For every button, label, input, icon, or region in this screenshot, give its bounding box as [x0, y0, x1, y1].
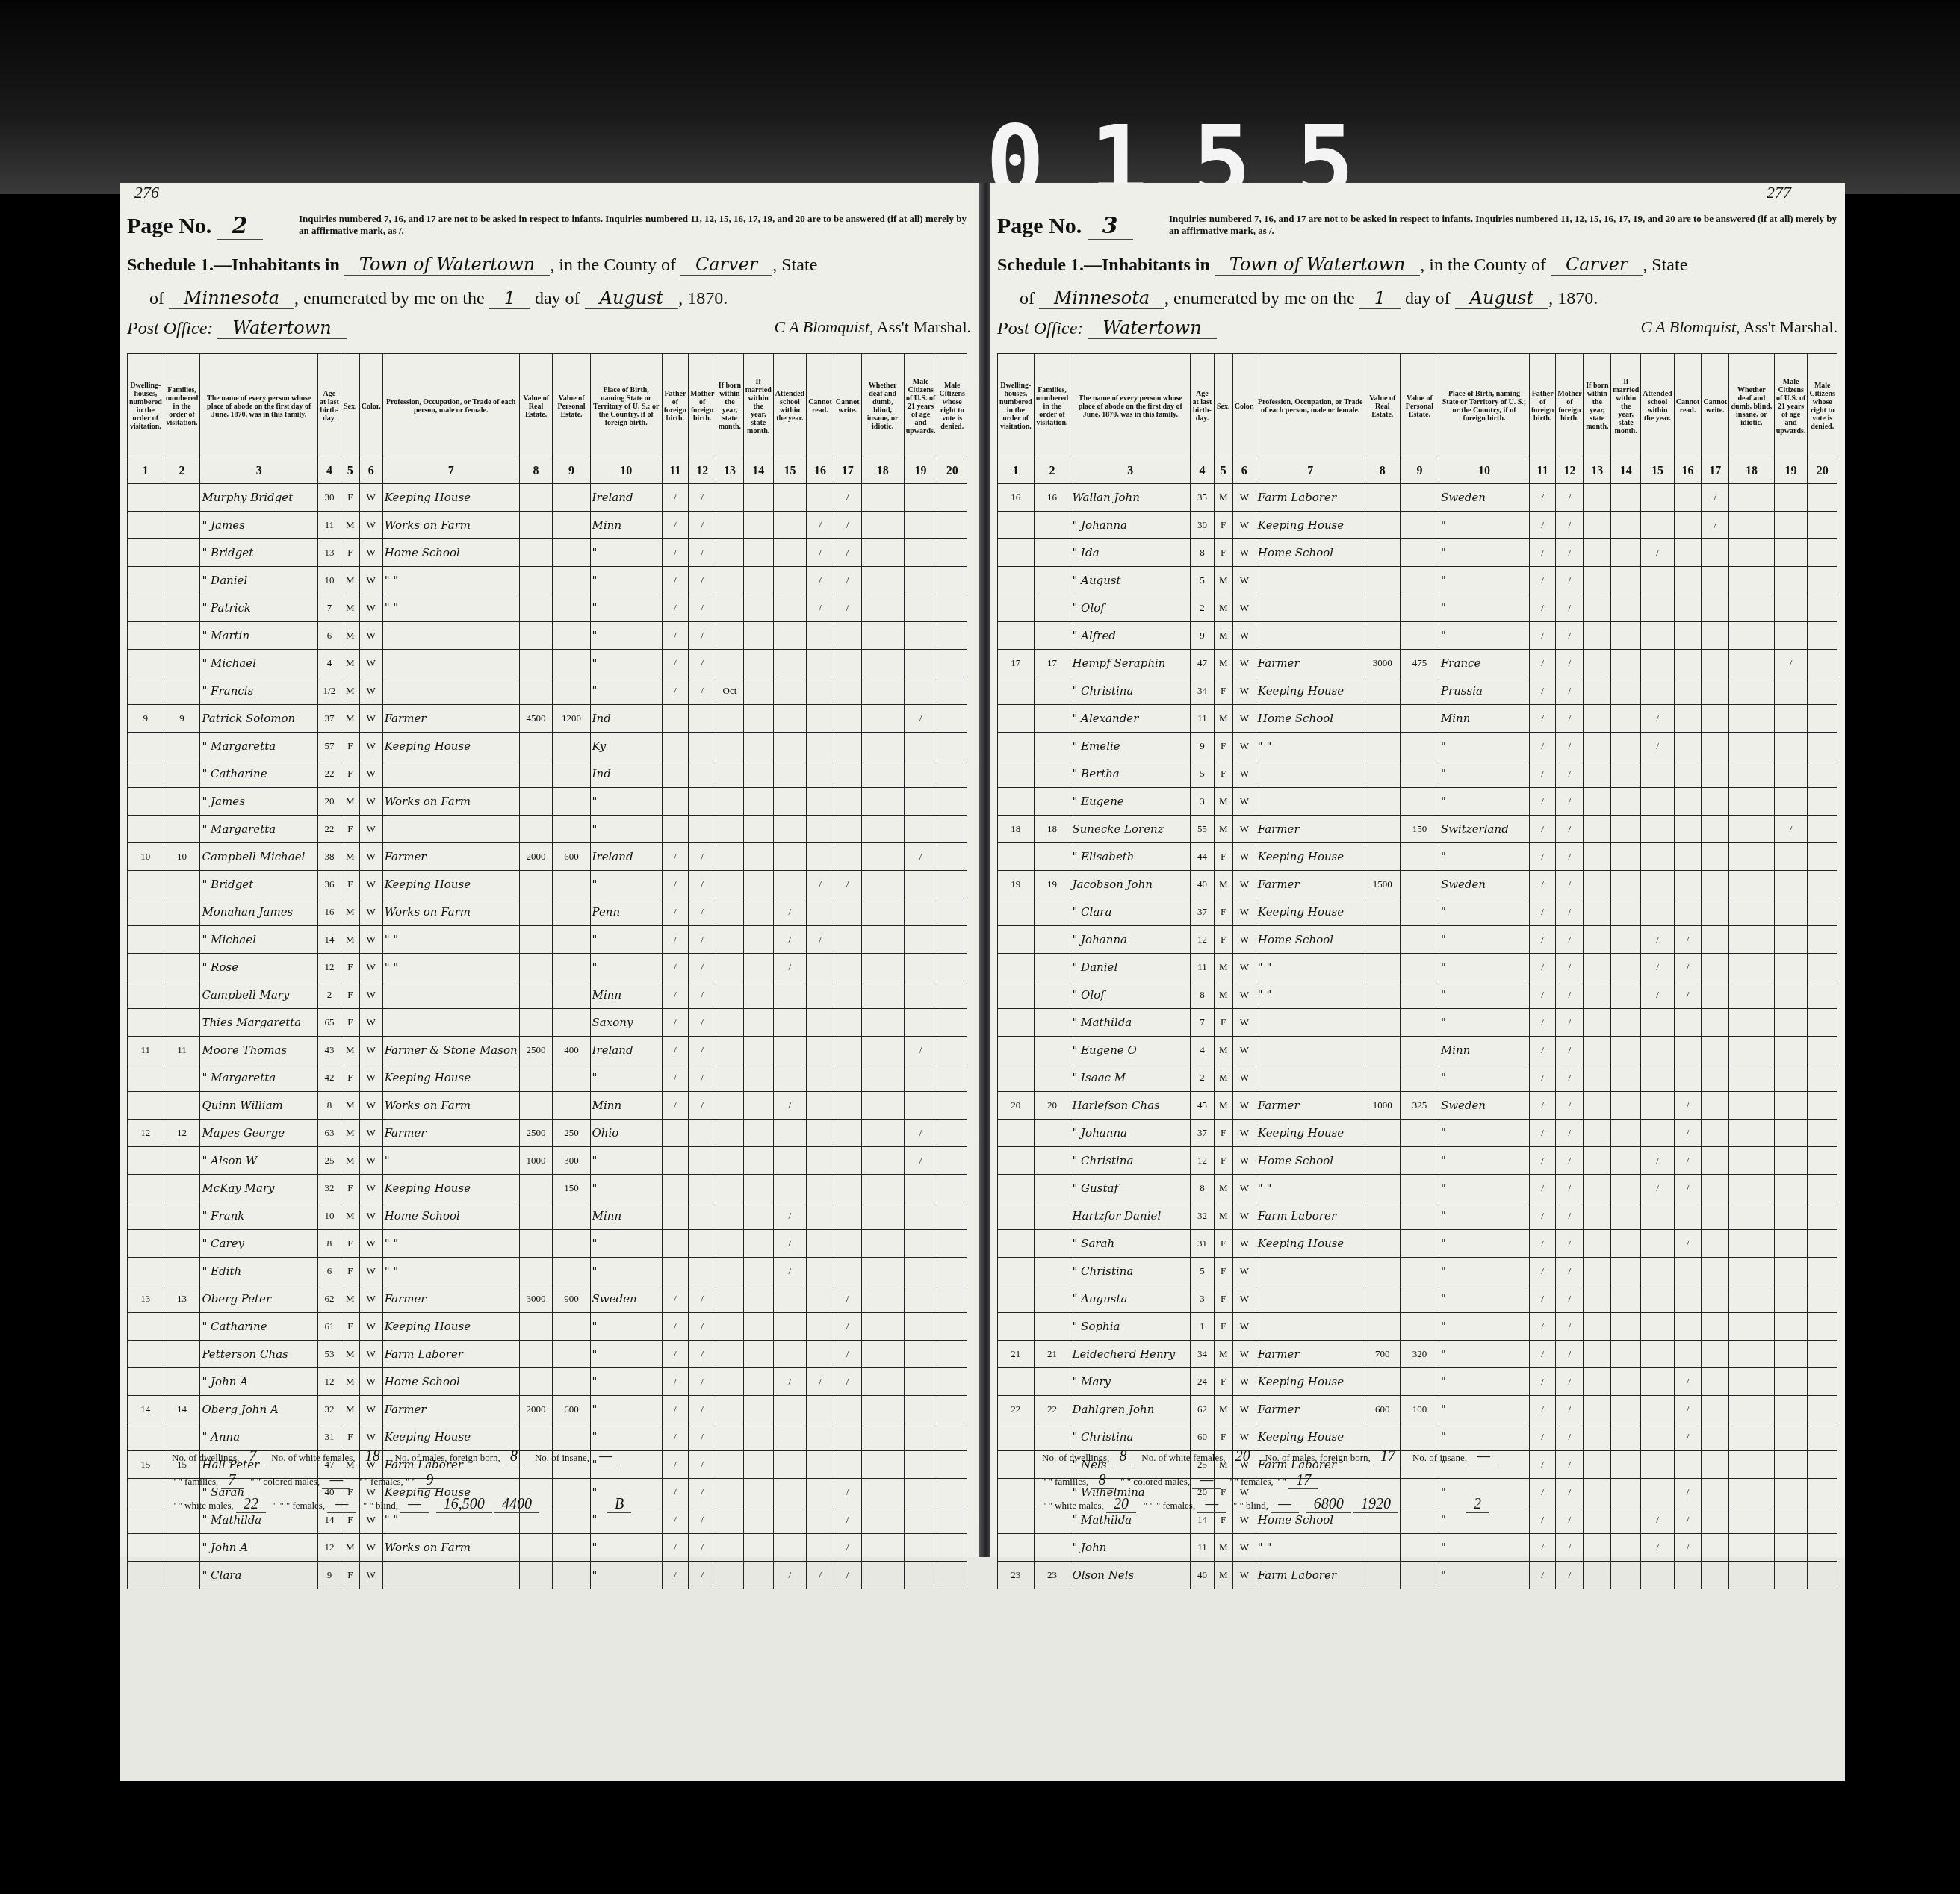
cell-c13	[1584, 788, 1611, 816]
cell-c12: /	[689, 898, 716, 926]
cell-place: Ireland	[590, 843, 662, 871]
cell-c19: /	[904, 705, 937, 733]
cell-sex: M	[1214, 650, 1232, 677]
cell-fam	[1034, 1064, 1070, 1092]
cell-c19	[904, 1562, 937, 1589]
summary-label: " " blind,	[1233, 1500, 1268, 1511]
cell-pe: 250	[553, 1120, 590, 1147]
cell-fam: 18	[1034, 816, 1070, 843]
cell-c16	[807, 898, 834, 926]
cell-c19	[1774, 705, 1808, 733]
cell-c15: /	[1641, 539, 1674, 567]
cell-c12: /	[1556, 788, 1584, 816]
cell-fam	[1034, 1009, 1070, 1037]
page-summary: No. of dwellings, 7 No. of white females…	[172, 1445, 631, 1517]
cell-occ: Keeping House	[1256, 898, 1365, 926]
cell-sex: M	[1214, 981, 1232, 1009]
cell-pe	[1400, 1202, 1439, 1230]
cell-c13	[1584, 622, 1611, 650]
cell-c14	[1611, 567, 1641, 594]
cell-fam	[1034, 733, 1070, 760]
cell-c17	[834, 1175, 861, 1202]
cell-name: " Elisabeth	[1070, 843, 1191, 871]
cell-c18	[1729, 1147, 1775, 1175]
cell-c17	[1702, 1368, 1729, 1396]
cell-sex: M	[1214, 788, 1232, 816]
cell-c13	[716, 650, 744, 677]
cell-pe	[1400, 1230, 1439, 1258]
cell-age: 22	[317, 760, 341, 788]
cell-c13	[1584, 1368, 1611, 1396]
cell-occ	[1256, 1064, 1365, 1092]
cell-c13	[1584, 1313, 1611, 1341]
cell-c15	[1641, 1202, 1674, 1230]
cell-c17	[834, 1064, 861, 1092]
cell-c14	[1611, 871, 1641, 898]
cell-place: "	[590, 1562, 662, 1589]
cell-re	[1365, 1313, 1400, 1341]
cell-sex: M	[1214, 871, 1232, 898]
cell-c20	[937, 1120, 967, 1147]
cell-occ: Farm Laborer	[1256, 1562, 1365, 1589]
cell-occ: Home School	[1256, 1147, 1365, 1175]
cell-c18	[1729, 1037, 1775, 1064]
cell-c20	[1808, 1423, 1837, 1451]
cell-place: Minn	[590, 1202, 662, 1230]
cell-dw	[128, 954, 164, 981]
summary-label: " " females, " "	[358, 1476, 416, 1487]
cell-c12	[689, 1202, 716, 1230]
cell-c20	[1808, 1092, 1837, 1120]
cell-c17: /	[834, 539, 861, 567]
cell-occ: Farmer	[382, 843, 519, 871]
cell-name: " Ida	[1070, 539, 1191, 567]
cell-age: 6	[317, 622, 341, 650]
cell-c14	[743, 1202, 773, 1230]
cell-dw: 10	[128, 843, 164, 871]
cell-re: 1000	[519, 1147, 553, 1175]
cell-fam	[164, 733, 200, 760]
cell-sex: F	[1214, 512, 1232, 539]
cell-fam	[164, 1202, 200, 1230]
cell-pe	[1400, 567, 1439, 594]
cell-c20	[1808, 816, 1837, 843]
cell-c12: /	[1556, 677, 1584, 705]
cell-c20	[1808, 788, 1837, 816]
cell-c16	[807, 622, 834, 650]
cell-c12	[689, 1230, 716, 1258]
cell-c14	[1611, 1147, 1641, 1175]
cell-sex: F	[1214, 1313, 1232, 1341]
cell-c13	[716, 1534, 744, 1562]
column-number: 3	[1070, 459, 1191, 484]
cell-c20	[1808, 1147, 1837, 1175]
header-c3: The name of every person whose place of …	[200, 354, 317, 459]
cell-place: Ky	[590, 733, 662, 760]
cell-c20	[1808, 594, 1837, 622]
cell-occ: Keeping House	[382, 1313, 519, 1341]
cell-sex: F	[341, 1230, 359, 1258]
cell-name: " Eugene	[1070, 788, 1191, 816]
cell-sex: F	[1214, 1147, 1232, 1175]
cell-c20	[1808, 871, 1837, 898]
cell-color: W	[359, 981, 382, 1009]
cell-fam	[164, 760, 200, 788]
cell-c15	[773, 1341, 806, 1368]
header-c5: Sex.	[341, 354, 359, 459]
cell-age: 8	[1191, 1175, 1214, 1202]
cell-c19	[1774, 1313, 1808, 1341]
column-number: 12	[689, 459, 716, 484]
cell-fam	[164, 484, 200, 512]
cell-color: W	[1232, 1285, 1256, 1313]
cell-c18	[861, 594, 904, 622]
cell-c13	[1584, 1423, 1611, 1451]
cell-re	[1365, 954, 1400, 981]
cell-re	[519, 981, 553, 1009]
cell-c16	[807, 1341, 834, 1368]
cell-c17	[1702, 1534, 1729, 1562]
cell-occ: Home School	[382, 1368, 519, 1396]
cell-c15	[1641, 567, 1674, 594]
header-c20: Male Citizens whose right to vote is den…	[1808, 354, 1837, 459]
cell-re	[519, 1009, 553, 1037]
cell-c13	[1584, 1451, 1611, 1479]
cell-place: "	[1439, 1230, 1529, 1258]
cell-c14	[743, 1368, 773, 1396]
cell-c15	[1641, 1120, 1674, 1147]
cell-sex: F	[341, 981, 359, 1009]
table-row: " Carey8FW" ""/	[128, 1230, 967, 1258]
table-row: " Francis1/2MW"//Oct	[128, 677, 967, 705]
cell-place: "	[590, 622, 662, 650]
cell-re	[519, 733, 553, 760]
table-row: 1212Mapes George63MWFarmer2500250Ohio/	[128, 1120, 967, 1147]
column-number: 5	[1214, 459, 1232, 484]
cell-c15: /	[1641, 1534, 1674, 1562]
cell-c15: /	[1641, 954, 1674, 981]
cell-place: "	[590, 539, 662, 567]
cell-c17	[1702, 1341, 1729, 1368]
cell-color: W	[359, 567, 382, 594]
cell-c19	[1774, 539, 1808, 567]
table-row: 1717Hempf Seraphin47MWFarmer3000475Franc…	[998, 650, 1837, 677]
cell-c19	[1774, 1506, 1808, 1534]
cell-c13	[1584, 760, 1611, 788]
cell-name: " James	[200, 512, 317, 539]
cell-sex: M	[341, 1202, 359, 1230]
table-row: 1111Moore Thomas43MWFarmer & Stone Mason…	[128, 1037, 967, 1064]
cell-c20	[937, 733, 967, 760]
cell-fam: 9	[164, 705, 200, 733]
cell-c14	[1611, 1037, 1641, 1064]
cell-sex: M	[341, 1120, 359, 1147]
cell-re	[1365, 788, 1400, 816]
cell-c15	[1641, 898, 1674, 926]
column-number: 16	[1674, 459, 1702, 484]
cell-c17	[1702, 1451, 1729, 1479]
cell-dw	[128, 622, 164, 650]
cell-c20	[937, 622, 967, 650]
cell-fam	[1034, 788, 1070, 816]
cell-name: " Olof	[1070, 594, 1191, 622]
cell-c20	[937, 539, 967, 567]
column-headers: Dwelling-houses, numbered in the order o…	[128, 354, 967, 459]
cell-fam	[164, 981, 200, 1009]
cell-c14	[743, 760, 773, 788]
cell-c11	[662, 1258, 688, 1285]
cell-c18	[1729, 1396, 1775, 1423]
cell-name: " Daniel	[200, 567, 317, 594]
cell-c16	[807, 1396, 834, 1423]
cell-place: Penn	[590, 898, 662, 926]
cell-c16	[807, 705, 834, 733]
cell-fam	[164, 1258, 200, 1285]
cell-name: " Clara	[200, 1562, 317, 1589]
cell-age: 12	[317, 1534, 341, 1562]
town-field: Town of Watertown	[344, 254, 551, 276]
cell-pe	[553, 816, 590, 843]
cell-sex: M	[341, 898, 359, 926]
cell-fam	[1034, 926, 1070, 954]
cell-sex: M	[341, 1092, 359, 1120]
cell-c18	[861, 1064, 904, 1092]
cell-pe	[1400, 760, 1439, 788]
cell-fam: 13	[164, 1285, 200, 1313]
header-c11: Father of foreign birth.	[662, 354, 688, 459]
cell-c12	[689, 816, 716, 843]
cell-c16: /	[1674, 1506, 1702, 1534]
cell-name: Murphy Bridget	[200, 484, 317, 512]
cell-name: Hempf Seraphin	[1070, 650, 1191, 677]
cell-age: 32	[317, 1175, 341, 1202]
cell-c13	[716, 1285, 744, 1313]
cell-place: "	[590, 1368, 662, 1396]
cell-c12	[689, 1120, 716, 1147]
cell-c12: /	[689, 1479, 716, 1506]
cell-c13	[716, 622, 744, 650]
cell-color: W	[1232, 484, 1256, 512]
cell-c19	[1774, 567, 1808, 594]
cell-c14	[743, 1009, 773, 1037]
cell-c20	[937, 1562, 967, 1589]
cell-c11: /	[1529, 1230, 1555, 1258]
cell-c18	[861, 1230, 904, 1258]
cell-c19: /	[904, 843, 937, 871]
cell-c20	[937, 1534, 967, 1562]
cell-c12: /	[1556, 1479, 1584, 1506]
cell-fam	[164, 926, 200, 954]
cell-c16: /	[1674, 1368, 1702, 1396]
cell-fam: 23	[1034, 1562, 1070, 1589]
cell-c19	[904, 816, 937, 843]
cell-c14	[1611, 1534, 1641, 1562]
cell-c14	[743, 1479, 773, 1506]
cell-occ: Keeping House	[1256, 512, 1365, 539]
cell-c13	[1584, 1396, 1611, 1423]
cell-c11: /	[662, 1534, 688, 1562]
header-c1: Dwelling-houses, numbered in the order o…	[998, 354, 1035, 459]
cell-c13	[716, 1451, 744, 1479]
cell-color: W	[359, 512, 382, 539]
cell-dw: 19	[998, 871, 1035, 898]
cell-fam	[164, 1147, 200, 1175]
cell-re	[519, 1175, 553, 1202]
cell-c17	[1702, 926, 1729, 954]
cell-name: Campbell Mary	[200, 981, 317, 1009]
cell-c13	[1584, 733, 1611, 760]
cell-occ	[382, 760, 519, 788]
cell-dw	[128, 1092, 164, 1120]
cell-age: 43	[317, 1037, 341, 1064]
cell-c14	[743, 567, 773, 594]
cell-c16	[807, 760, 834, 788]
cell-fam	[1034, 705, 1070, 733]
column-number: 9	[1400, 459, 1439, 484]
cell-c12	[689, 1175, 716, 1202]
cell-pe	[1400, 484, 1439, 512]
table-row: Hartzfor Daniel32MWFarm Laborer"//	[998, 1202, 1837, 1230]
table-row: " Margaretta57FWKeeping HouseKy	[128, 733, 967, 760]
cell-dw	[128, 1009, 164, 1037]
cell-c14	[743, 1175, 773, 1202]
cell-c15	[773, 1506, 806, 1534]
cell-fam	[164, 1064, 200, 1092]
cell-color: W	[1232, 788, 1256, 816]
cell-c20	[937, 1009, 967, 1037]
cell-age: 13	[317, 539, 341, 567]
cell-c11: /	[662, 1313, 688, 1341]
cell-c12: /	[1556, 1120, 1584, 1147]
cell-age: 34	[1191, 677, 1214, 705]
table-row: 1313Oberg Peter62MWFarmer3000900Sweden//…	[128, 1285, 967, 1313]
cell-c11: /	[1529, 567, 1555, 594]
cell-c17	[1702, 871, 1729, 898]
summary-label: " " white males,	[172, 1500, 234, 1511]
header-c12: Mother of foreign birth.	[689, 354, 716, 459]
cell-place: "	[1439, 926, 1529, 954]
header-c12: Mother of foreign birth.	[1556, 354, 1584, 459]
column-number: 4	[1191, 459, 1214, 484]
cell-c17	[1702, 1285, 1729, 1313]
cell-re	[519, 539, 553, 567]
header-c13: If born within the year, state month.	[716, 354, 744, 459]
cell-name: " Margaretta	[200, 733, 317, 760]
cell-c13	[1584, 1202, 1611, 1230]
cell-fam	[1034, 539, 1070, 567]
cell-occ: Works on Farm	[382, 898, 519, 926]
cell-c20	[937, 1258, 967, 1285]
cell-occ: Home School	[382, 1202, 519, 1230]
cell-c16	[807, 1202, 834, 1230]
cell-name: Quinn William	[200, 1092, 317, 1120]
cell-occ: Farmer	[382, 705, 519, 733]
cell-c12: /	[689, 1285, 716, 1313]
cell-color: W	[359, 1396, 382, 1423]
cell-dw: 22	[998, 1396, 1035, 1423]
cell-pe	[553, 484, 590, 512]
header-c17: Cannot write.	[834, 354, 861, 459]
cell-c12: /	[1556, 567, 1584, 594]
cell-dw: 12	[128, 1120, 164, 1147]
cell-c13	[1584, 843, 1611, 871]
cell-fam	[164, 1562, 200, 1589]
cell-c11: /	[662, 1396, 688, 1423]
cell-age: 12	[1191, 926, 1214, 954]
cell-c15	[773, 484, 806, 512]
cell-dw: 21	[998, 1341, 1035, 1368]
cell-c19	[1774, 1064, 1808, 1092]
cell-c20	[937, 1423, 967, 1451]
cell-pe	[1400, 1009, 1439, 1037]
cell-c19	[1774, 981, 1808, 1009]
cell-c13	[716, 733, 744, 760]
cell-c13	[1584, 484, 1611, 512]
cell-age: 32	[317, 1396, 341, 1423]
cell-dw	[998, 677, 1035, 705]
cell-re: 2500	[519, 1037, 553, 1064]
cell-c19	[904, 1313, 937, 1341]
cell-c18	[861, 1175, 904, 1202]
cell-age: 3	[1191, 1285, 1214, 1313]
cell-c12: /	[689, 1064, 716, 1092]
cell-name: Campbell Michael	[200, 843, 317, 871]
cell-c17	[1702, 677, 1729, 705]
cell-fam	[164, 567, 200, 594]
cell-c16	[807, 1313, 834, 1341]
cell-c12: /	[1556, 1258, 1584, 1285]
cell-c12: /	[1556, 954, 1584, 981]
cell-color: W	[359, 898, 382, 926]
cell-c17	[834, 1147, 861, 1175]
cell-c12: /	[1556, 1313, 1584, 1341]
cell-place: Minn	[1439, 1037, 1529, 1064]
cell-color: W	[359, 1368, 382, 1396]
cell-sex: F	[1214, 760, 1232, 788]
cell-re: 2000	[519, 843, 553, 871]
cell-c16	[1674, 760, 1702, 788]
cell-re	[1365, 760, 1400, 788]
table-row: " Alfred9MW"//	[998, 622, 1837, 650]
cell-c11: /	[1529, 622, 1555, 650]
cell-c15	[773, 1064, 806, 1092]
cell-c19	[904, 1506, 937, 1534]
cell-occ	[382, 677, 519, 705]
cell-color: W	[1232, 1396, 1256, 1423]
table-row: " Olof8MW" ""////	[998, 981, 1837, 1009]
cell-c16	[807, 843, 834, 871]
cell-dw	[128, 484, 164, 512]
cell-c19	[1774, 512, 1808, 539]
cell-color: W	[359, 1175, 382, 1202]
cell-c11: /	[662, 1423, 688, 1451]
cell-c20	[1808, 1451, 1837, 1479]
cell-age: 2	[1191, 594, 1214, 622]
cell-color: W	[1232, 733, 1256, 760]
cell-dw	[998, 788, 1035, 816]
cell-place: "	[1439, 1202, 1529, 1230]
cell-c16: /	[807, 926, 834, 954]
table-row: Monahan James16MWWorks on FarmPenn///	[128, 898, 967, 926]
cell-c12: /	[1556, 1175, 1584, 1202]
cell-sex: F	[341, 1009, 359, 1037]
cell-re	[1365, 733, 1400, 760]
cell-c20	[1808, 843, 1837, 871]
table-row: " Michael4MW"//	[128, 650, 967, 677]
cell-occ	[1256, 1258, 1365, 1285]
cell-c11: /	[1529, 594, 1555, 622]
cell-re	[1365, 1175, 1400, 1202]
